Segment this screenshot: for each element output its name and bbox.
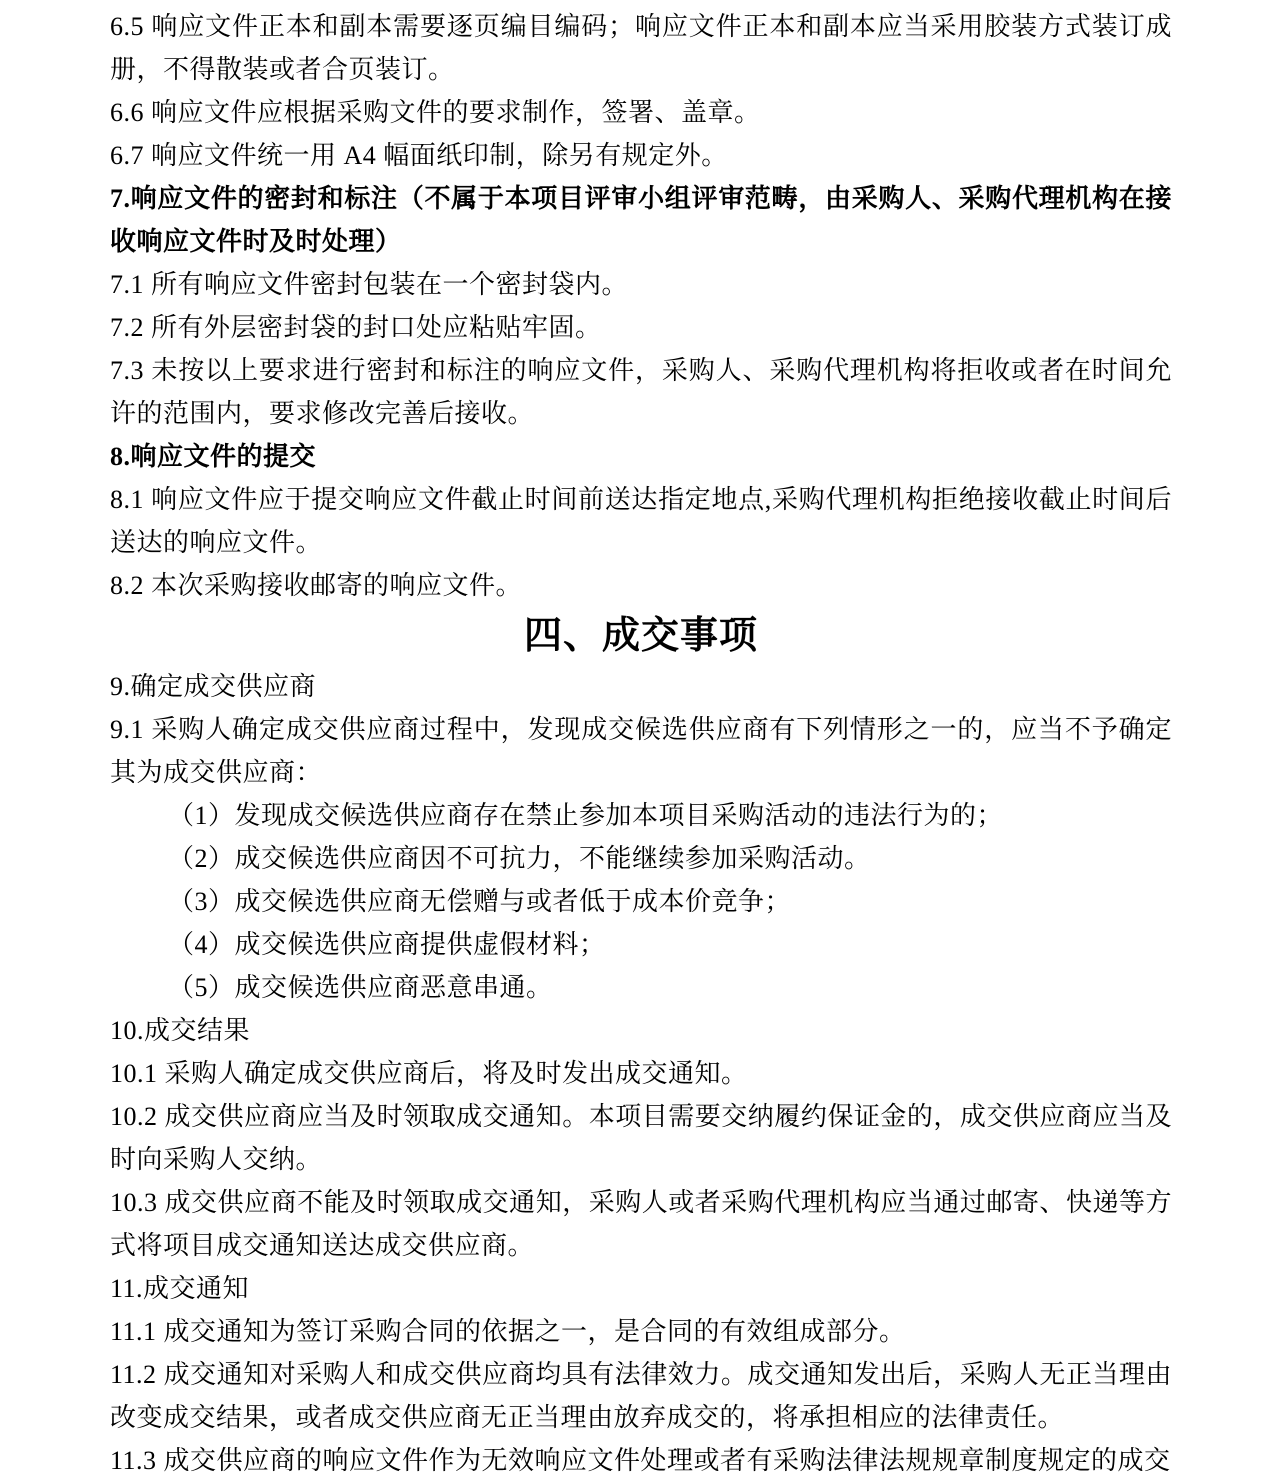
document-page: 6.5 响应文件正本和副本需要逐页编目编码；响应文件正本和副本应当采用胶装方式装… [0, 0, 1278, 1482]
paragraph: 6.6 响应文件应根据采购文件的要求制作，签署、盖章。 [110, 91, 1172, 134]
paragraph: 11.成交通知 [110, 1267, 1172, 1310]
paragraph: 8.2 本次采购接收邮寄的响应文件。 [110, 564, 1172, 607]
document-body: 6.5 响应文件正本和副本需要逐页编目编码；响应文件正本和副本应当采用胶装方式装… [110, 5, 1172, 1482]
paragraph: 10.2 成交供应商应当及时领取成交通知。本项目需要交纳履约保证金的，成交供应商… [110, 1095, 1172, 1181]
paragraph: 9.1 采购人确定成交供应商过程中，发现成交候选供应商有下列情形之一的，应当不予… [110, 708, 1172, 794]
paragraph: 9.确定成交供应商 [110, 665, 1172, 708]
paragraph: （3）成交候选供应商无偿赠与或者低于成本价竞争； [110, 880, 1172, 923]
paragraph: 7.1 所有响应文件密封包装在一个密封袋内。 [110, 263, 1172, 306]
paragraph: 7.3 未按以上要求进行密封和标注的响应文件，采购人、采购代理机构将拒收或者在时… [110, 349, 1172, 435]
paragraph: 11.2 成交通知对采购人和成交供应商均具有法律效力。成交通知发出后，采购人无正… [110, 1353, 1172, 1439]
paragraph: 11.3 成交供应商的响应文件作为无效响应文件处理或者有采购法律法规规章制度规定… [110, 1439, 1172, 1482]
paragraph: （5）成交候选供应商恶意串通。 [110, 966, 1172, 1009]
paragraph: 10.成交结果 [110, 1009, 1172, 1052]
paragraph: （2）成交候选供应商因不可抗力，不能继续参加采购活动。 [110, 837, 1172, 880]
paragraph: 6.5 响应文件正本和副本需要逐页编目编码；响应文件正本和副本应当采用胶装方式装… [110, 5, 1172, 91]
paragraph: 10.1 采购人确定成交供应商后，将及时发出成交通知。 [110, 1052, 1172, 1095]
paragraph: （4）成交候选供应商提供虚假材料； [110, 923, 1172, 966]
paragraph: 7.2 所有外层密封袋的封口处应粘贴牢固。 [110, 306, 1172, 349]
paragraph: 11.1 成交通知为签订采购合同的依据之一，是合同的有效组成部分。 [110, 1310, 1172, 1353]
paragraph: 6.7 响应文件统一用 A4 幅面纸印制，除另有规定外。 [110, 134, 1172, 177]
paragraph: 8.1 响应文件应于提交响应文件截止时间前送达指定地点,采购代理机构拒绝接收截止… [110, 478, 1172, 564]
paragraph: （1）发现成交候选供应商存在禁止参加本项目采购活动的违法行为的； [110, 794, 1172, 837]
paragraph: 10.3 成交供应商不能及时领取成交通知，采购人或者采购代理机构应当通过邮寄、快… [110, 1181, 1172, 1267]
paragraph: 7.响应文件的密封和标注（不属于本项目评审小组评审范畴，由采购人、采购代理机构在… [110, 177, 1172, 263]
section-heading: 四、成交事项 [110, 608, 1172, 664]
paragraph: 8.响应文件的提交 [110, 435, 1172, 478]
